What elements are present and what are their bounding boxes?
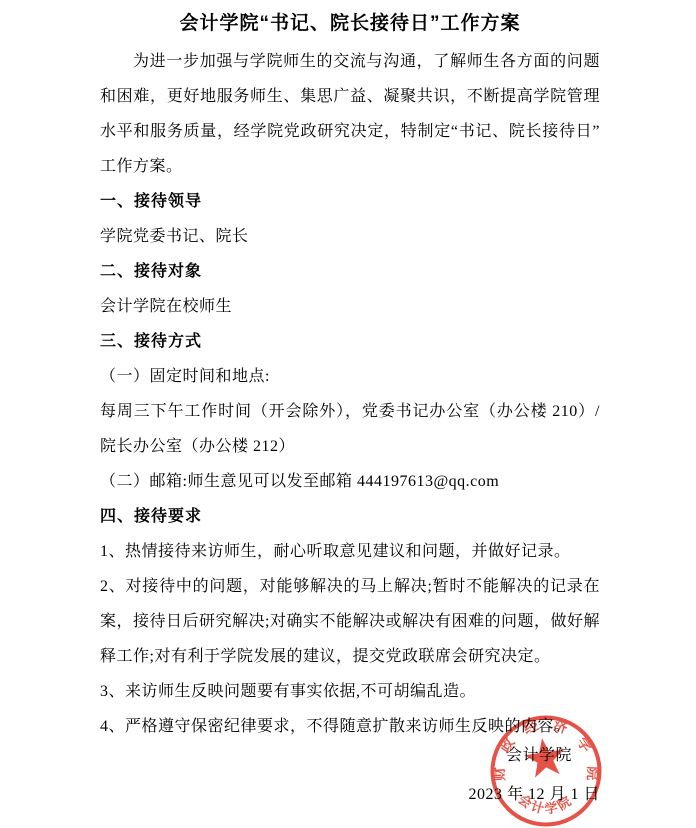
section-heading-4: 四、接待要求 [100,499,600,534]
body-line: 3、来访师生反映问题要有事实依据,不可胡编乱造。 [100,674,600,709]
intro-line: 和困难，更好地服务师生、集思广益、凝聚共识，不断提高学院管理 [100,79,600,114]
body-line: 2、对接待中的问题，对能够解决的马上解决;暂时不能解决的记录在 [100,569,600,604]
document-content: 会计学院“书记、院长接待日”工作方案 为进一步加强与学院师生的交流与沟通，了解师… [0,0,696,812]
body-line: 会计学院在校师生 [100,289,600,324]
body-line: 释工作;对有利于学院发展的建议，提交党政联席会研究决定。 [100,639,600,674]
body-line: 每周三下午工作时间（开会除外），党委书记办公室（办公楼 210）/ [100,394,600,429]
body-line: 院长办公室（办公楼 212） [100,429,600,464]
body-line: （二）邮箱:师生意见可以发至邮箱 444197613@qq.com [100,464,600,499]
date-line: 2023 年 12 月 1 日 [100,777,600,812]
section-heading-2: 二、接待对象 [100,254,600,289]
intro-line: 水平和服务质量，经学院党政研究决定，特制定“书记、院长接待日” [100,114,600,149]
section-heading-1: 一、接待领导 [100,184,600,219]
document-page: 财政经济学院 会计学院 会计学院“书记、院长接待日”工作方案 为进一步加强与学院… [0,0,696,828]
intro-line: 为进一步加强与学院师生的交流与沟通，了解师生各方面的问题 [100,44,600,79]
body-line: 学院党委书记、院长 [100,219,600,254]
body-line: （一）固定时间和地点: [100,359,600,394]
body-line: 案，接待日后研究解决;对确实不能解决或解决有困难的问题，做好解 [100,604,600,639]
section-heading-3: 三、接待方式 [100,324,600,359]
intro-line: 工作方案。 [100,149,600,184]
body-line: 1、热情接待来访师生，耐心听取意见建议和问题，并做好记录。 [100,534,600,569]
document-title: 会计学院“书记、院长接待日”工作方案 [100,4,600,44]
